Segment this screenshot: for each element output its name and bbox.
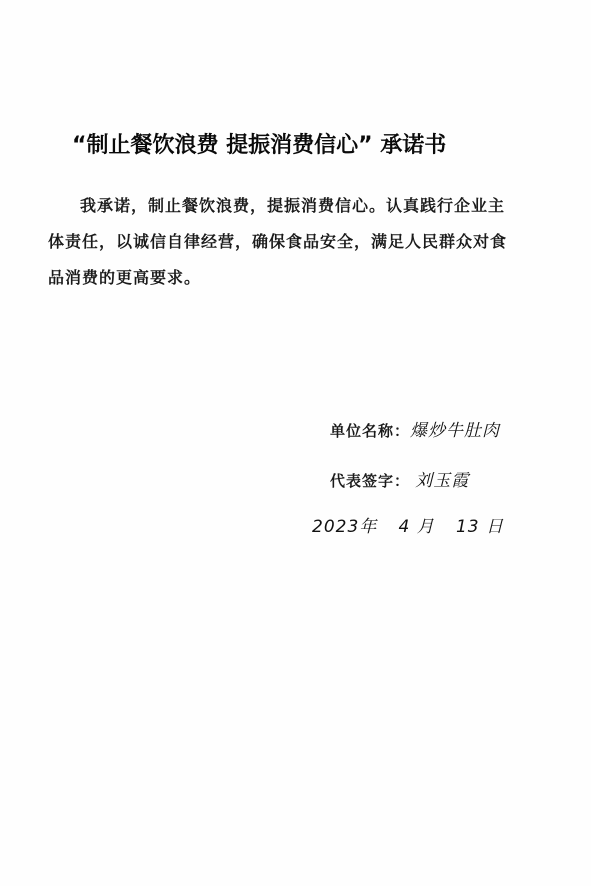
date-day: 13 日 bbox=[456, 517, 504, 537]
body-line-3: 品消费的更高要求。 bbox=[48, 260, 558, 296]
commitment-body: 我承诺，制止餐饮浪费，提振消费信心。认真践行企业主 体责任，以诚信自律经营，确保… bbox=[48, 188, 558, 296]
document-title: “制止餐饮浪费 提振消费信心” 承诺书 bbox=[72, 128, 542, 159]
body-line-1: 我承诺，制止餐饮浪费，提振消费信心。认真践行企业主 bbox=[48, 188, 558, 224]
signature-value: 刘玉霞 bbox=[415, 471, 469, 491]
document-page: “制止餐饮浪费 提振消费信心” 承诺书 我承诺，制止餐饮浪费，提振消费信心。认真… bbox=[0, 0, 591, 886]
date-year: 2023年 bbox=[312, 517, 377, 537]
unit-name-field: 单位名称：爆炒牛肚肉 bbox=[330, 416, 500, 441]
date-field: 2023年 4 月 13 日 bbox=[312, 512, 520, 537]
signature-label: 代表签字： bbox=[330, 472, 410, 490]
signature-field: 代表签字： 刘玉霞 bbox=[330, 466, 469, 491]
body-line-2: 体责任，以诚信自律经营，确保食品安全，满足人民群众对食 bbox=[48, 224, 558, 260]
unit-name-value: 爆炒牛肚肉 bbox=[410, 421, 500, 441]
unit-name-label: 单位名称： bbox=[330, 422, 410, 440]
date-month: 4 月 bbox=[399, 517, 435, 537]
